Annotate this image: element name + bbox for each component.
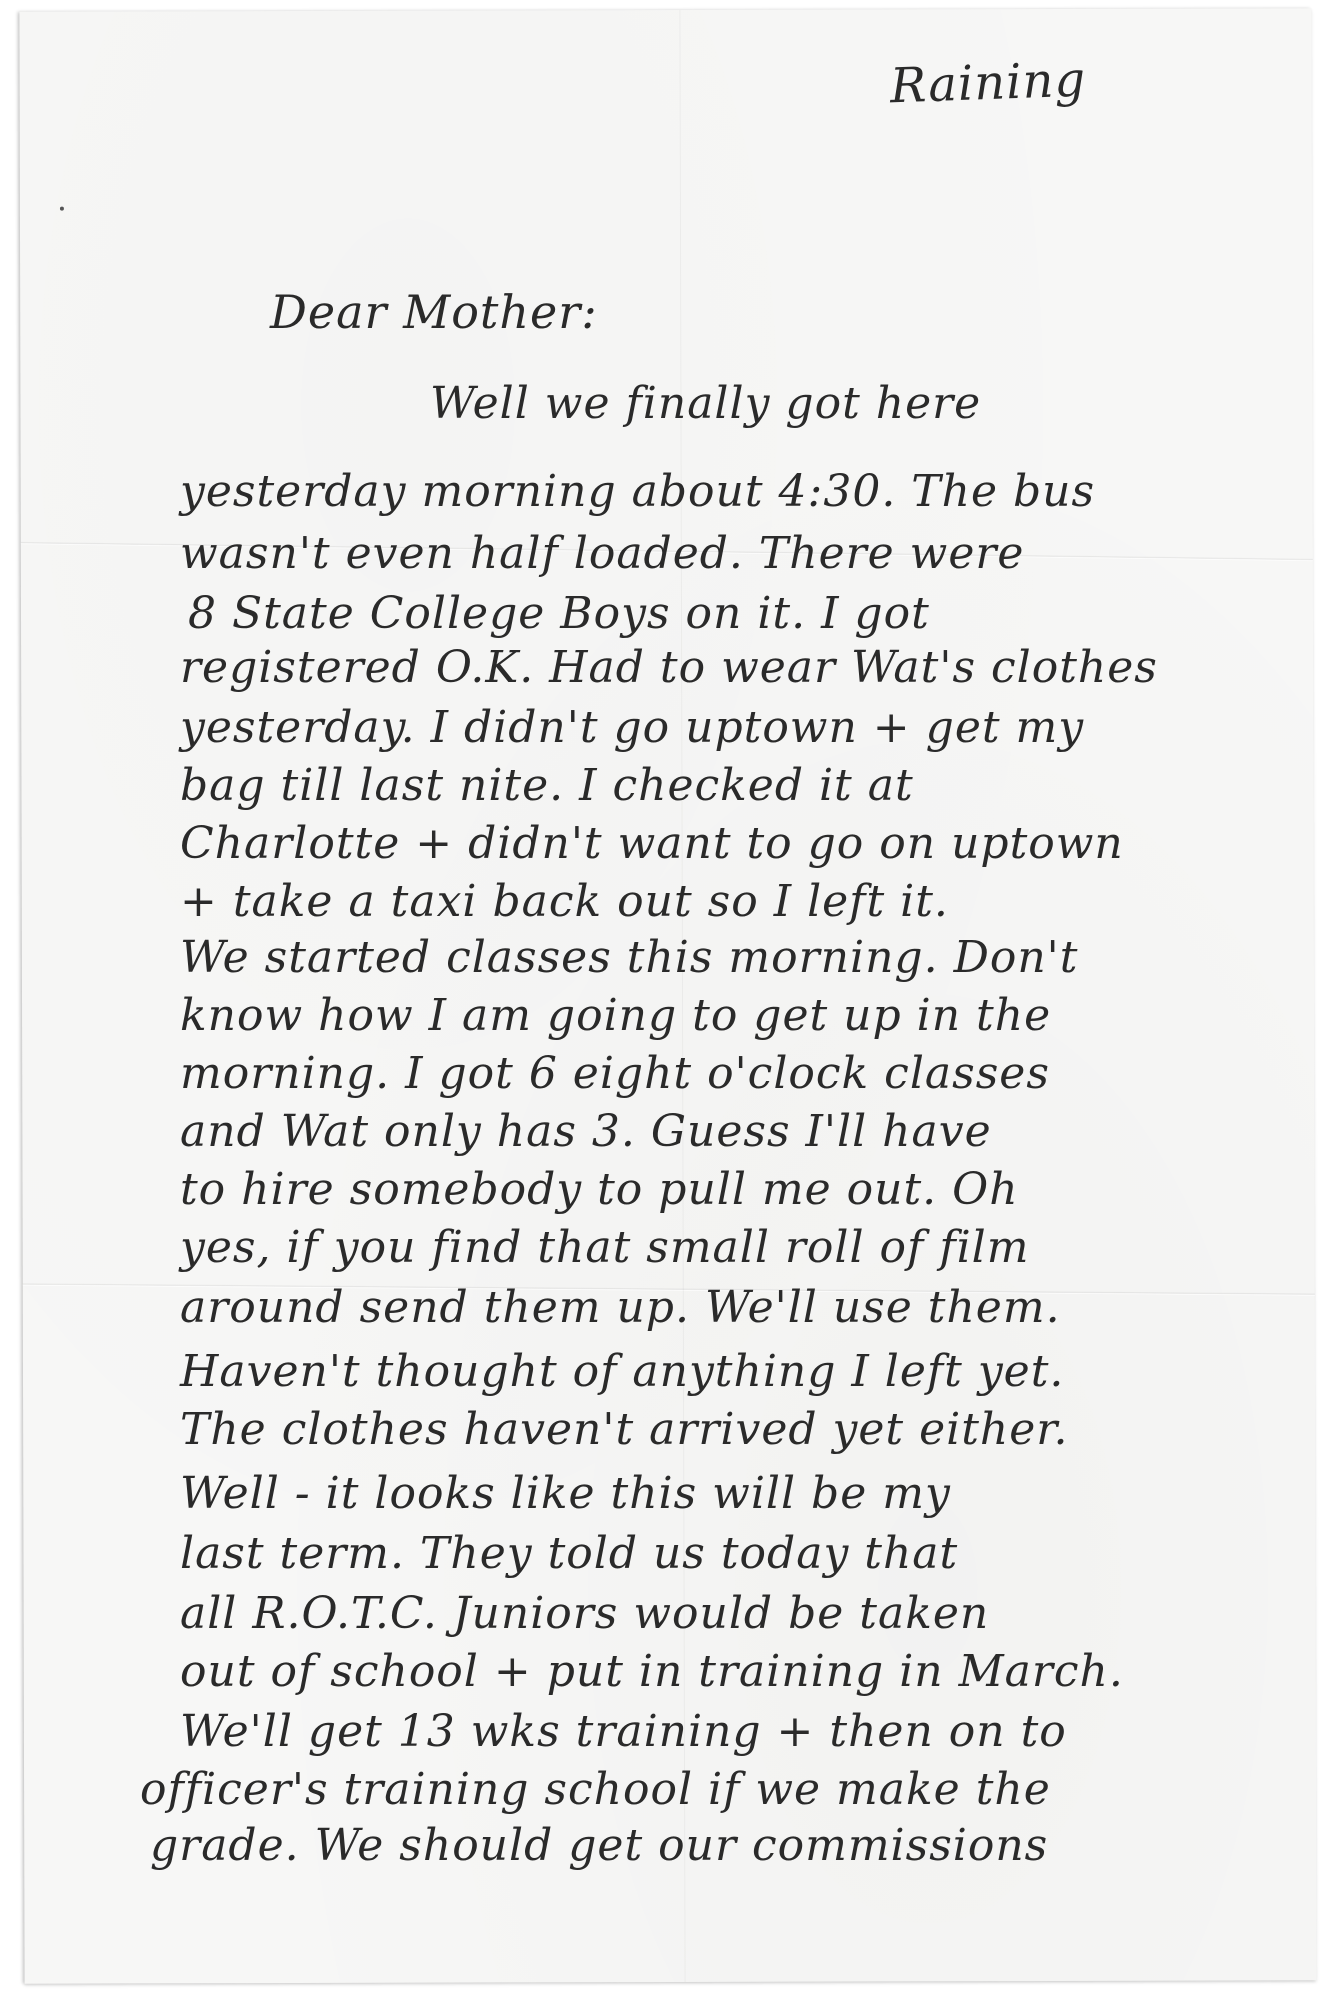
body-line: bag till last nite. I checked it at [180, 760, 914, 811]
body-line: yesterday. I didn't go uptown + get my [180, 702, 1084, 753]
ink-speck [60, 207, 64, 211]
body-line: all R.O.T.C. Juniors would be taken [180, 1588, 989, 1639]
salutation: Dear Mother: [270, 285, 598, 339]
body-line: grade. We should get our commissions [150, 1820, 1048, 1871]
body-line: morning. I got 6 eight o'clock classes [180, 1048, 1050, 1099]
body-line: Haven't thought of anything I left yet. [180, 1346, 1064, 1397]
body-line: We'll get 13 wks training + then on to [180, 1706, 1067, 1757]
body-line: Well we finally got here [430, 378, 981, 429]
body-line: + take a taxi back out so I left it. [180, 876, 949, 927]
body-line: know how I am going to get up in the [180, 990, 1051, 1041]
header-note: Raining [889, 52, 1087, 115]
body-line: Well - it looks like this will be my [180, 1468, 951, 1519]
body-line: officer's training school if we make the [140, 1764, 1051, 1815]
body-line: Charlotte + didn't want to go on uptown [180, 818, 1124, 869]
body-line: wasn't even half loaded. There were [180, 528, 1024, 579]
body-line: to hire somebody to pull me out. Oh [180, 1164, 1019, 1215]
body-line: yesterday morning about 4:30. The bus [180, 466, 1095, 517]
body-line: We started classes this morning. Don't [180, 932, 1078, 983]
body-line: and Wat only has 3. Guess I'll have [180, 1106, 992, 1157]
body-line: 8 State College Boys on it. I got [188, 588, 930, 639]
body-line: yes, if you find that small roll of film [180, 1222, 1029, 1273]
body-line: out of school + put in training in March… [180, 1646, 1124, 1697]
body-line: last term. They told us today that [180, 1528, 958, 1579]
body-line: registered O.K. Had to wear Wat's clothe… [180, 642, 1158, 693]
body-line: around send them up. We'll use them. [180, 1282, 1061, 1333]
body-line: The clothes haven't arrived yet either. [180, 1404, 1068, 1455]
